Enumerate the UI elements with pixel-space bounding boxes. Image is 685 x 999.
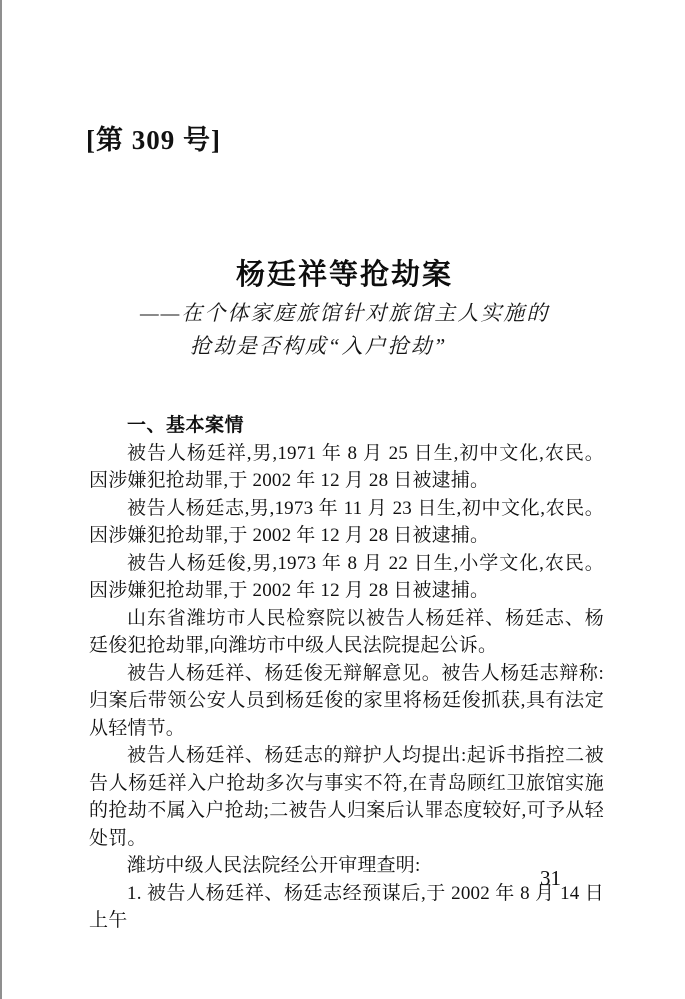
- paragraph-defendant-2: 被告人杨廷志,男,1973 年 11 月 23 日生,初中文化,农民。因涉嫌犯抢…: [89, 495, 604, 550]
- case-number-label: [第 309 号]: [86, 118, 221, 157]
- paragraph-fact-1: 1. 被告人杨廷祥、杨廷志经预谋后,于 2002 年 8 月 14 日上午: [89, 880, 604, 935]
- case-title: 杨廷祥等抢劫案: [2, 252, 685, 293]
- paragraph-defense-counsel: 被告人杨廷祥、杨廷志的辩护人均提出:起诉书指控二被告人杨廷祥入户抢劫多次与事实不…: [89, 742, 604, 852]
- paragraph-defendant-3: 被告人杨廷俊,男,1973 年 8 月 22 日生,小学文化,农民。因涉嫌犯抢劫…: [89, 550, 604, 605]
- paragraph-prosecution: 山东省潍坊市人民检察院以被告人杨廷祥、杨廷志、杨廷俊犯抢劫罪,向潍坊市中级人民法…: [89, 605, 604, 660]
- paragraph-court-finding-intro: 潍坊中级人民法院经公开审理查明:: [89, 852, 604, 880]
- case-subtitle-line1: ——在个体家庭旅馆针对旅馆主人实施的: [140, 301, 549, 325]
- case-body: 一、基本案情 被告人杨廷祥,男,1971 年 8 月 25 日生,初中文化,农民…: [89, 412, 604, 935]
- case-subtitle-line2: 抢劫是否构成“入户抢劫”: [140, 330, 580, 363]
- paragraph-defense-statement: 被告人杨廷祥、杨廷俊无辩解意见。被告人杨廷志辩称:归案后带领公安人员到杨廷俊的家…: [89, 660, 604, 743]
- page-number: 31: [540, 866, 561, 891]
- section-heading-basic-facts: 一、基本案情: [89, 412, 604, 440]
- paragraph-defendant-1: 被告人杨廷祥,男,1971 年 8 月 25 日生,初中文化,农民。因涉嫌犯抢劫…: [89, 440, 604, 495]
- case-subtitle: ——在个体家庭旅馆针对旅馆主人实施的 抢劫是否构成“入户抢劫”: [140, 297, 580, 363]
- document-page: [第 309 号] 杨廷祥等抢劫案 ——在个体家庭旅馆针对旅馆主人实施的 抢劫是…: [0, 0, 685, 999]
